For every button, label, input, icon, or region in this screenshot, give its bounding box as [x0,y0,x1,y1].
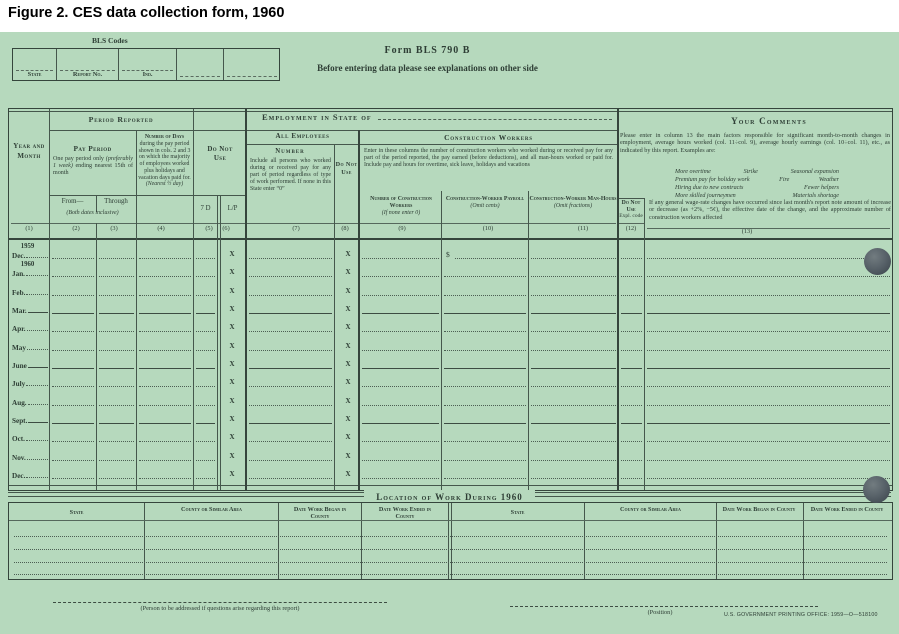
col6-lp-header: L/P [219,205,246,212]
column-number-12: (12) [618,226,644,232]
rule [361,503,362,579]
rule [9,520,892,521]
example-row: More overtimeStrikeSeasonal expansion [675,168,839,176]
do-not-use-x-mark: X [220,361,244,368]
entry-line [99,441,134,442]
entry-line [27,457,48,460]
entry-line [139,386,191,387]
entry-line [26,292,48,295]
entry-line [26,438,48,441]
entry-line [362,331,439,332]
col9-note: (If none enter 0) [361,210,441,217]
col10-header: Construction-Worker Payroll(Omit cents) [443,196,527,210]
construction-workers-header: Construction Workers [359,133,618,142]
bls-cell-label [177,77,223,80]
entry-space [177,49,223,76]
location-header-ended: Date Work Ended in County [807,506,887,513]
entry-line [621,331,642,332]
entry-space [13,49,56,70]
entry-line [28,420,48,423]
rule [11,223,616,224]
example-item: Weather [819,176,839,184]
example-row: Premium pay for holiday workFireWeather [675,176,839,184]
entry-line [52,478,94,479]
entry-line [99,331,134,332]
month-row-may: MayXX [9,333,892,351]
dates-inclusive-note: (Both dates inclusive) [49,210,136,216]
entry-line [28,310,48,313]
month-row-sept: Sept.XX [9,406,892,424]
month-row-jan: 1960Jan.XX [9,259,892,277]
do-not-use-x-mark: X [220,379,244,386]
bls-cell-label: State [13,71,56,80]
form-number: Form BLS 790 B [285,45,570,56]
entry-line [28,365,48,368]
entry-line [14,549,887,550]
entry-line [196,331,215,332]
do-not-use-x-mark: X [220,269,244,276]
location-header-ended: Date Work Ended in County [369,506,441,521]
do-not-use-x-mark: X [336,306,360,313]
entry-line [99,478,134,479]
employment-title: Employment in State of [262,112,372,122]
number-of-days-text: during the pay period shown in cols. 2 a… [138,141,190,181]
month-label: Dec. [12,473,25,480]
entry-line [196,276,215,277]
entry-line [99,276,134,277]
entry-line [249,478,332,479]
pay-period-note: One pay period only (preferably 1 week) … [53,156,133,177]
entry-line [647,478,890,479]
entry-line [444,331,526,332]
entry-line [139,478,191,479]
do-not-use-x-mark: X [220,343,244,350]
do-not-use-x-mark: X [336,251,360,258]
entry-line [249,441,332,442]
month-row-dec-1959: 1959Dec.$XX [9,241,892,259]
location-header-county: County or Similar Area [164,506,259,513]
do-not-use-x-mark: X [336,471,360,478]
month-row-feb: Feb.XX [9,278,892,296]
entry-space [119,49,176,70]
number-of-days-note: (Nearest ½ day) [146,181,183,187]
location-header-state: State [451,509,584,516]
do-not-use-label: Do Not Use [618,200,644,213]
column-number-6: (6) [214,226,238,232]
rule [647,228,890,229]
column-number-11: (11) [568,226,598,232]
column-number-7: (7) [281,226,311,232]
entry-line [531,331,616,332]
month-row-aug: Aug.XX [9,388,892,406]
entry-line [531,276,616,277]
entry-line [52,276,94,277]
construction-workers-text: Enter in these columns the number of con… [364,148,613,169]
month-row-june: JuneXX [9,351,892,369]
entry-line [26,383,48,386]
do-not-use-x-mark: X [336,416,360,423]
col11-title: Construction-Worker Man-Hours [529,196,617,203]
rule [9,485,892,486]
month-label: July [12,381,25,388]
do-not-use-x-mark: X [336,343,360,350]
column-number-3: (3) [99,226,129,232]
person-caption: (Person to be addressed if questions ari… [53,605,387,613]
do-not-use-header-left: Do Not Use [205,145,235,163]
month-row-july: JulyXX [9,369,892,387]
column-number-2: (2) [61,226,91,232]
do-not-use-x-mark: X [220,288,244,295]
rule [618,223,644,224]
example-item: Fewer helpers [804,184,839,192]
year-label: 1959 [9,244,46,251]
period-reported-header: Period Reported [49,115,193,124]
entry-line [249,331,332,332]
column-number-8: (8) [330,226,360,232]
entry-line [621,441,642,442]
employment-title-row: Employment in State of [246,112,617,122]
entry-line [249,386,332,387]
entry-line [647,276,890,277]
col11-header: Construction-Worker Man-Hours(Omit fract… [529,196,617,210]
entry-line [26,475,48,478]
rule [278,503,279,579]
bls-codes-box: State Report No. Ind. [12,48,280,81]
do-not-use-x-mark: X [336,379,360,386]
rule [803,503,804,579]
location-header-began: Date Work Began in County [286,506,354,521]
do-not-use-x-mark: X [220,398,244,405]
entry-space [57,49,118,70]
entry-line [52,441,94,442]
rule [448,503,449,579]
state-name-blank-line [378,116,612,120]
col5-7d-header: 7 D [193,205,218,212]
entry-line [14,536,887,537]
rule [618,198,644,199]
column-number-1: (1) [14,226,44,232]
figure-page: Figure 2. CES data collection form, 1960… [0,0,899,634]
year-month-header: Year and Month [10,142,48,162]
do-not-use-x-mark: X [336,288,360,295]
entry-line [531,478,616,479]
gpo-imprint: U.S. GOVERNMENT PRINTING OFFICE: 1959—O—… [724,612,899,618]
rule [584,503,585,579]
bls-cell-report-no: Report No. [56,49,118,80]
do-not-use-x-mark: X [336,453,360,460]
do-not-use-x-mark: X [220,324,244,331]
entry-line [139,276,191,277]
entry-line [647,386,890,387]
month-row-mar: Mar.XX [9,296,892,314]
entry-line [531,441,616,442]
punch-hole [863,476,890,503]
entry-line [139,441,191,442]
month-cell: Dec. [12,473,48,480]
column-number-13: (13) [732,229,762,235]
entry-line [27,347,48,350]
entry-line [444,441,526,442]
col11-note: (Omit fractions) [529,203,617,210]
location-heading-row: Location of Work During 1960 [8,487,891,502]
month-cell: Oct. [12,436,48,443]
entry-line [444,276,526,277]
location-header-state: State [9,509,144,516]
form-instruction: Before entering data please see explanat… [285,63,570,73]
column-number-9: (9) [387,226,417,232]
month-label: Oct. [12,436,25,443]
entry-line [647,441,890,442]
entry-line [99,386,134,387]
position-signature-line [510,606,818,607]
col10-note: (Omit cents) [443,203,527,210]
entry-line [249,276,332,277]
main-form-table: Year and Month Period Reported Pay Perio… [8,108,893,491]
entry-line [362,386,439,387]
through-header: Through [96,198,136,205]
entry-line [621,386,642,387]
example-item: Premium pay for holiday work [675,176,750,184]
punch-hole [864,248,891,275]
year-label: 1960 [9,262,46,269]
entry-line [647,331,890,332]
entry-space [224,49,280,76]
example-item: More overtime [675,168,711,176]
entry-line [362,478,439,479]
column-number-10: (10) [473,226,503,232]
bls-cell-label: Ind. [119,71,176,80]
your-comments-header: Your Comments [646,116,892,126]
col9-header: Number of Construction Workers(If none e… [361,196,441,217]
do-not-use-x-mark: X [336,324,360,331]
month-row-nov: Nov.XX [9,443,892,461]
entry-line [444,386,526,387]
bls-cell-state: State [13,49,56,80]
comments-examples: More overtimeStrikeSeasonal expansion Pr… [675,168,839,200]
pay-period-header: Pay Period [49,144,136,153]
entry-line [14,574,887,575]
location-header-began: Date Work Began in County [721,506,797,513]
month-cell: July [12,381,48,388]
example-item: Strike [744,168,758,176]
rule [246,144,618,145]
location-header-county: County or Similar Area [603,506,698,513]
number-of-days-header: Number of Days during the pay period sho… [137,134,192,188]
entry-line [52,386,94,387]
from-header: From— [49,198,96,205]
entry-line [444,478,526,479]
col10-title: Construction-Worker Payroll [443,196,527,203]
do-not-use-x-mark: X [220,416,244,423]
month-cell: Jan. [12,271,48,278]
do-not-use-expl-code-box: Do Not UseExpl. code [618,200,644,219]
do-not-use-x-mark: X [220,306,244,313]
rule [144,503,145,579]
do-not-use-x-mark: X [220,251,244,258]
number-of-days-title: Number of Days [145,134,184,140]
entry-line [14,562,887,563]
comments-instructions: Please enter in column 13 the main facto… [620,132,890,154]
do-not-use-x-mark: X [220,453,244,460]
wage-rate-instructions: If any general wage-rate changes have oc… [649,199,891,221]
example-item: Fire [779,176,789,184]
do-not-use-x-mark: X [220,471,244,478]
expl-code-label: Expl. code [618,213,644,219]
do-not-use-x-mark: X [336,361,360,368]
month-cell: Apr. [12,326,48,333]
do-not-use-header-col8: Do Not Use [335,161,358,177]
entry-line [196,441,215,442]
entry-line [139,331,191,332]
example-item: Hiring due to new contracts [675,184,743,192]
entry-line [196,478,215,479]
payroll-dollar-sign: $ [446,251,450,259]
bls-cell-label: Report No. [57,71,118,80]
entry-line [621,276,642,277]
entry-line [362,441,439,442]
figure-caption: Figure 2. CES data collection form, 1960 [8,5,284,21]
example-row: Hiring due to new contractsFewer helpers [675,184,839,192]
bls-cell-blank [176,49,223,80]
rule [9,238,892,240]
rule [49,130,618,131]
month-label: Jan. [12,271,25,278]
month-row-oct: Oct.XX [9,424,892,442]
column-number-4: (4) [146,226,176,232]
entry-line [531,386,616,387]
month-row-dec: Dec.XX [9,461,892,479]
example-item: Seasonal expansion [791,168,839,176]
number-header: Number [248,148,332,155]
entry-line [28,402,48,405]
location-table: State County or Similar Area Date Work B… [8,502,893,580]
col9-title: Number of Construction Workers [361,196,441,210]
number-text: Include all persons who worked during or… [250,158,331,193]
do-not-use-x-mark: X [336,269,360,276]
person-signature-line [53,602,387,603]
bls-cell-ind: Ind. [118,49,176,80]
all-employees-header: All Employees [246,132,359,140]
bls-cell-blank [223,49,280,80]
entry-line [26,273,48,276]
entry-line [196,386,215,387]
do-not-use-x-mark: X [336,398,360,405]
entry-line [52,331,94,332]
entry-line [362,276,439,277]
entry-line [27,328,48,331]
pay-period-note-pre: One pay period only [53,156,104,162]
entry-line [26,255,48,258]
do-not-use-x-mark: X [220,434,244,441]
rule [716,503,717,579]
bls-codes-title: BLS Codes [92,36,128,45]
bls-cell-label [224,77,280,80]
month-row-apr: Apr.XX [9,314,892,332]
entry-line [621,478,642,479]
month-label: Apr. [12,326,26,333]
do-not-use-x-mark: X [336,434,360,441]
